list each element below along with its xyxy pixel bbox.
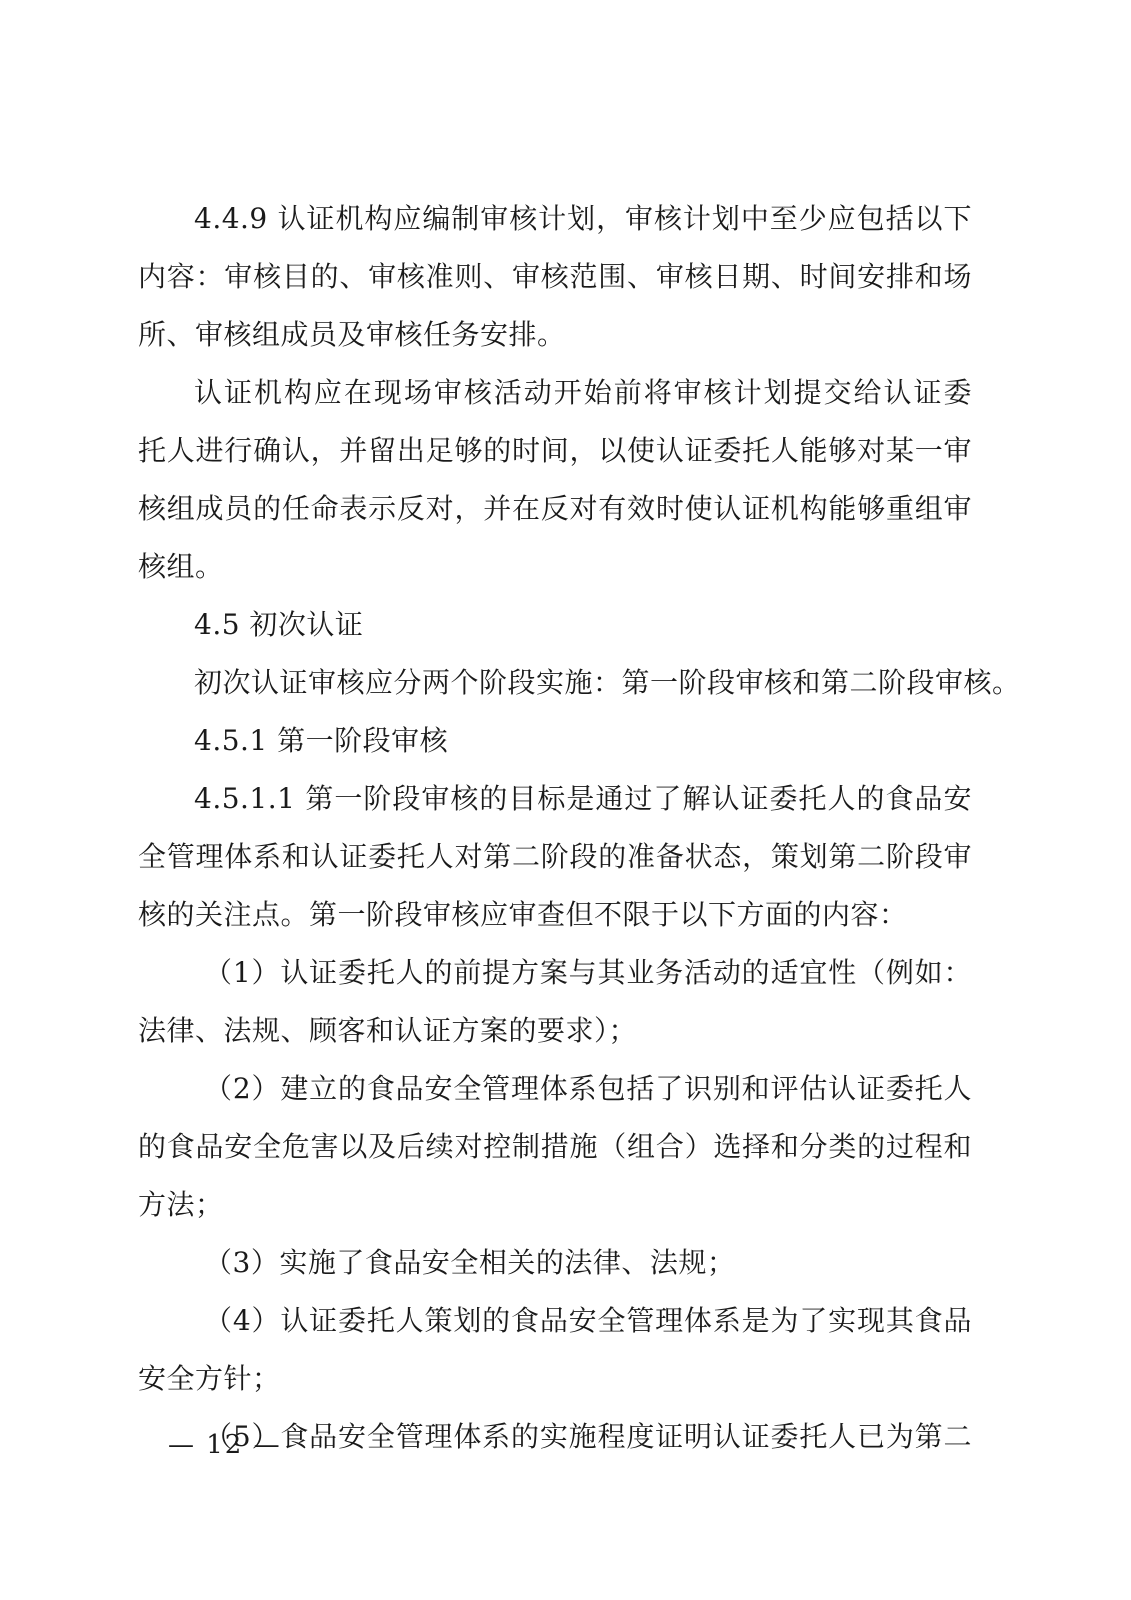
list-item-1: （1）认证委托人的前提方案与其业务活动的适宜性（例如： bbox=[138, 944, 972, 1002]
text-line: 所、审核组成员及审核任务安排。 bbox=[138, 306, 972, 364]
text-line: 核组成员的任命表示反对，并在反对有效时使认证机构能够重组审 bbox=[138, 480, 972, 538]
text-line: 安全方针； bbox=[138, 1350, 972, 1408]
text-line: 方法； bbox=[138, 1176, 972, 1234]
text-line: 初次认证审核应分两个阶段实施：第一阶段审核和第二阶段审核。 bbox=[138, 654, 972, 712]
text-line: 的食品安全危害以及后续对控制措施（组合）选择和分类的过程和 bbox=[138, 1118, 972, 1176]
text-line: 内容：审核目的、审核准则、审核范围、审核日期、时间安排和场 bbox=[138, 248, 972, 306]
text-line: 4.5.1.1 第一阶段审核的目标是通过了解认证委托人的食品安 bbox=[138, 770, 972, 828]
text-line: 全管理体系和认证委托人对第二阶段的准备状态，策划第二阶段审 bbox=[138, 828, 972, 886]
text-line: 认证机构应在现场审核活动开始前将审核计划提交给认证委 bbox=[138, 364, 972, 422]
list-item-2: （2）建立的食品安全管理体系包括了识别和评估认证委托人 bbox=[138, 1060, 972, 1118]
document-page: 4.4.9 认证机构应编制审核计划，审核计划中至少应包括以下 内容：审核目的、审… bbox=[138, 190, 972, 1466]
text-line: 核的关注点。第一阶段审核应审查但不限于以下方面的内容： bbox=[138, 886, 972, 944]
text-line: 4.4.9 认证机构应编制审核计划，审核计划中至少应包括以下 bbox=[138, 190, 972, 248]
section-heading: 4.5 初次认证 bbox=[138, 596, 972, 654]
list-item-4: （4）认证委托人策划的食品安全管理体系是为了实现其食品 bbox=[138, 1292, 972, 1350]
list-item-3: （3）实施了食品安全相关的法律、法规； bbox=[138, 1234, 972, 1292]
text-line: 法律、法规、顾客和认证方案的要求）； bbox=[138, 1002, 972, 1060]
text-line: 核组。 bbox=[138, 538, 972, 596]
subsection-heading: 4.5.1 第一阶段审核 bbox=[138, 712, 972, 770]
page-number: — 12 — bbox=[168, 1430, 282, 1460]
text-line: 托人进行确认，并留出足够的时间，以使认证委托人能够对某一审 bbox=[138, 422, 972, 480]
